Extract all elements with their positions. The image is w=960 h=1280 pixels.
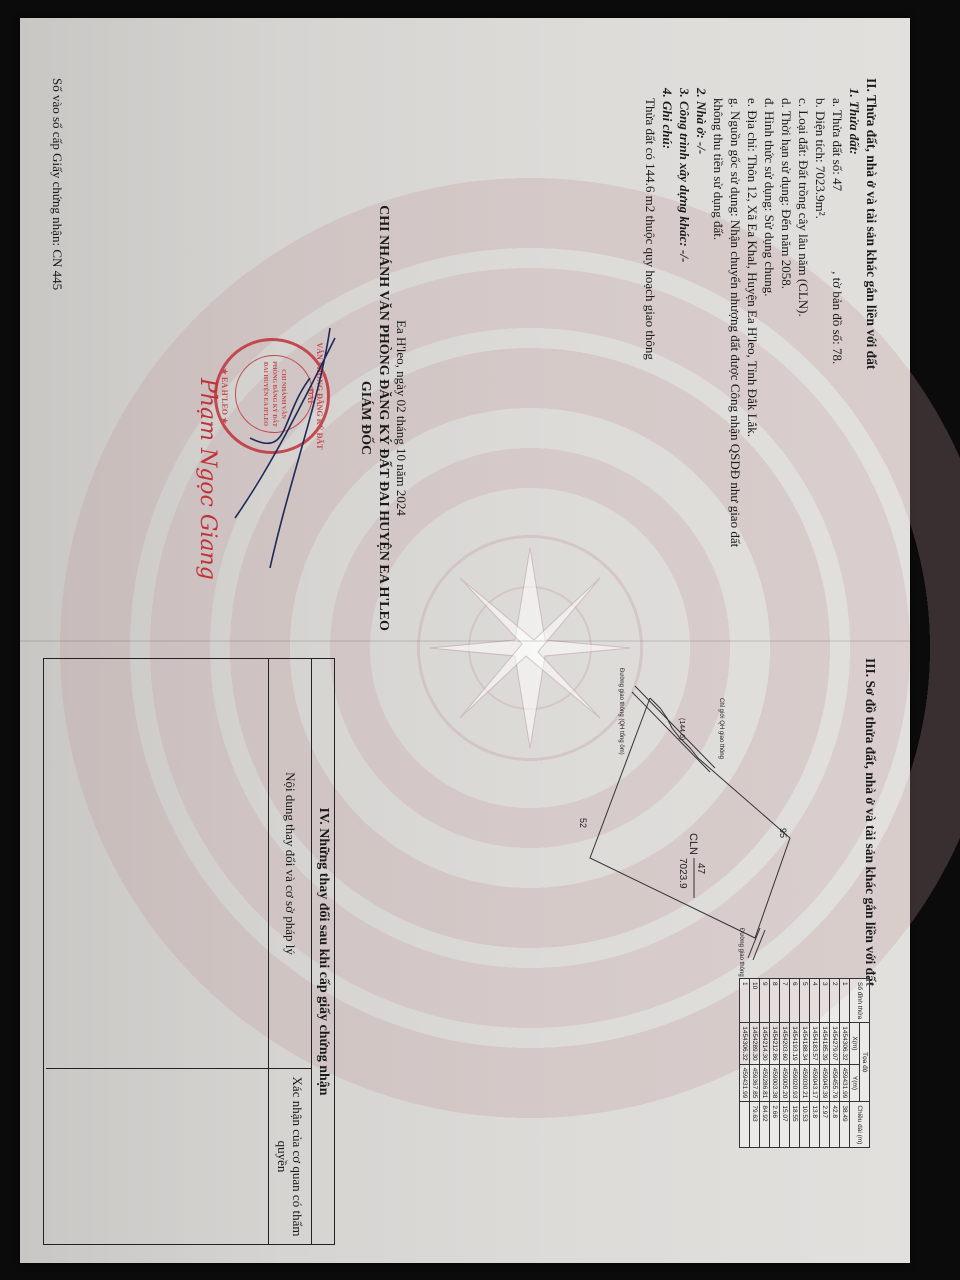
coord-cell: 84.92: [760, 1102, 770, 1148]
coord-cell: 38.49: [840, 1102, 850, 1148]
col-length: Chiều dài (m): [850, 1102, 870, 1148]
coord-cell: 1: [740, 979, 750, 1023]
notes-text: Thửa đất có 144.6 m2 thuộc quy hoạch gia…: [642, 78, 659, 638]
coord-cell: 1454212.86: [770, 1023, 780, 1064]
coord-cell: 1454306.32: [840, 1023, 850, 1064]
coord-row: 91454214.30459286.8184.92: [760, 979, 770, 1148]
coord-cell: 10.53: [800, 1102, 810, 1148]
coord-cell: 42.8: [830, 1102, 840, 1148]
origin-line: g. Nguồn gốc sử dụng: Nhận chuyển nhượng…: [727, 78, 744, 638]
coord-cell: 1454203.60: [780, 1023, 790, 1064]
change-content-cell: [46, 659, 268, 1069]
parcel-number: a. Thửa đất số: 47: [830, 98, 845, 191]
coord-cell: 15.07: [780, 1102, 790, 1148]
parcel-number-label: 47: [695, 863, 706, 875]
address-line: e. Địa chỉ: Thôn 12, Xã Ea Khal, Huyện E…: [744, 78, 761, 638]
section4-heading: IV. Những thay đổi sau khi cấp giấy chứn…: [311, 659, 334, 1244]
stamp-bottom-text: ★ EA H'LEO ★: [220, 341, 229, 451]
section2-heading: II. Thửa đất, nhà ở và tài sản khác gắn …: [863, 78, 880, 638]
map-sheet: , tờ bản đồ số: 78.: [830, 191, 845, 364]
coord-cell: 3: [820, 979, 830, 1023]
coord-cell: 18.55: [790, 1102, 800, 1148]
notes-heading: 4. Ghi chú:: [659, 78, 676, 638]
coord-cell: 459367.85: [750, 1064, 760, 1102]
origin-cont-line: không thu tiền sử dụng đất.: [710, 78, 727, 638]
section4-changes-table: IV. Những thay đổi sau khi cấp giấy chứn…: [43, 658, 335, 1245]
coord-row: 101454289.30459367.8579.63: [750, 979, 760, 1148]
coord-cell: 1454214.30: [760, 1023, 770, 1064]
handwritten-signature-icon: [230, 318, 350, 578]
parcel-diagram: CLN 47 7023.9 95 52 Đường giao thông (QH…: [550, 658, 810, 978]
coord-row: 71454203.60459005.2015.07: [780, 979, 790, 1148]
coord-cell: 2.97: [820, 1102, 830, 1148]
coord-cell: 459431.99: [840, 1064, 850, 1102]
col-coordinates: Tọa độ: [860, 1023, 870, 1102]
coord-row: 11454306.32459431.9938.49: [840, 979, 850, 1148]
coord-row: 41454183.57459043.1713.8: [810, 979, 820, 1148]
parcel-number-line: a. Thửa đất số: 47, tờ bản đồ số: 78.: [829, 78, 846, 638]
coord-cell: 459003.38: [770, 1064, 780, 1102]
coord-cell: 1454306.32: [740, 1023, 750, 1064]
col-vertex: Số đỉnh thửa: [850, 979, 870, 1023]
coord-cell: [740, 1102, 750, 1148]
land-heading: 1. Thửa đất:: [846, 78, 863, 638]
signer-role: GIÁM ĐỐC: [356, 198, 374, 638]
coord-row: 51454188.34459030.2110.53: [800, 979, 810, 1148]
coord-cell: 10: [750, 979, 760, 1023]
coord-cell: 8: [770, 979, 780, 1023]
coord-cell: 6: [790, 979, 800, 1023]
coord-cell: 459045.39: [820, 1064, 830, 1102]
coord-cell: 459005.20: [780, 1064, 790, 1102]
neighbor-52: 52: [578, 818, 588, 828]
coord-cell: 1454193.19: [790, 1023, 800, 1064]
section-land-info: II. Thửa đất, nhà ở và tài sản khác gắn …: [642, 78, 880, 638]
road-right-label: Đường giao thông: [738, 928, 744, 977]
neighbor-95: 95: [778, 828, 788, 838]
coord-cell: 459455.79: [830, 1064, 840, 1102]
authority-confirm-cell: [46, 1069, 268, 1244]
col-y: Y(m): [850, 1064, 860, 1102]
coord-cell: 459030.21: [800, 1064, 810, 1102]
coord-cell: 13.8: [810, 1102, 820, 1148]
road-left-label: Đường giao thông (QH tổng ỏm): [618, 668, 625, 755]
coord-row: 61454193.19459020.9318.55: [790, 979, 800, 1148]
col-authority-confirm: Xác nhận của cơ quan có thẩm quyền: [269, 1069, 311, 1244]
coord-cell: 4: [810, 979, 820, 1023]
land-type-line: c. Loại đất: Đất trồng cây lâu năm (CLN)…: [795, 78, 812, 638]
term-line: d. Thời hạn sử dụng: Đến năm 2058.: [778, 78, 795, 638]
registry-number: Số vào sổ cấp Giấy chứng nhận: CN 445: [49, 78, 65, 290]
coord-cell: 1454188.34: [800, 1023, 810, 1064]
coord-cell: 459286.81: [760, 1064, 770, 1102]
coord-cell: 2.66: [770, 1102, 780, 1148]
area-line: b. Diện tích: 7023.9m².: [812, 78, 829, 638]
coord-cell: 79.63: [750, 1102, 760, 1148]
coord-cell: 5: [800, 979, 810, 1023]
area-label: 7023.9: [677, 858, 688, 889]
coord-cell: 1: [840, 979, 850, 1023]
coord-cell: 1454183.57: [810, 1023, 820, 1064]
coord-cell: 1454279.07: [830, 1023, 840, 1064]
page-fold: [20, 640, 910, 642]
col-x: X(m): [850, 1023, 860, 1064]
other-works-line: 3. Công trình xây dựng khác: -/-: [676, 78, 693, 638]
coord-cell: 9: [760, 979, 770, 1023]
coord-cell: 1454289.30: [750, 1023, 760, 1064]
certificate-page: II. Thửa đất, nhà ở và tài sản khác gắn …: [20, 18, 910, 1263]
usage-form-line: đ. Hình thức sử dụng: Sử dụng chung.: [761, 78, 778, 638]
coord-row: 31454185.39459045.392.97: [820, 979, 830, 1148]
coord-cell: 1454185.39: [820, 1023, 830, 1064]
signer-name: Phạm Ngọc Giang: [195, 378, 220, 580]
coord-row: 21454279.07459455.7942.8: [830, 979, 840, 1148]
road-plan-label: Chỉ giới QH giao thông: [718, 698, 725, 759]
place-date: Ea H'leo, ngày 02 tháng 10 năm 2024: [392, 198, 410, 638]
signature-block: Ea H'leo, ngày 02 tháng 10 năm 2024 CHI …: [356, 198, 410, 638]
land-code-label: CLN: [687, 833, 699, 855]
coord-row: 11454306.32459431.99: [740, 979, 750, 1148]
coord-cell: 2: [830, 979, 840, 1023]
coord-cell: 7: [780, 979, 790, 1023]
house-line: 2. Nhà ở: -/-: [693, 78, 710, 638]
coord-cell: 459020.93: [790, 1064, 800, 1102]
road-area-label: (144.6): [678, 718, 685, 740]
coordinates-table: Số đỉnh thửa Tọa độ Chiều dài (m) X(m) Y…: [739, 978, 870, 1148]
coord-cell: 459431.99: [740, 1064, 750, 1102]
coord-row: 81454212.86459003.382.66: [770, 979, 780, 1148]
issuing-organization: CHI NHÁNH VĂN PHÒNG ĐĂNG KÝ ĐẤT ĐAI HUYỆ…: [374, 198, 392, 638]
section3-heading: III. Sơ đồ thửa đất, nhà ở và tài sản kh…: [862, 658, 878, 986]
coord-cell: 459043.17: [810, 1064, 820, 1102]
col-change-content: Nội dung thay đổi và cơ sở pháp lý: [269, 659, 311, 1069]
